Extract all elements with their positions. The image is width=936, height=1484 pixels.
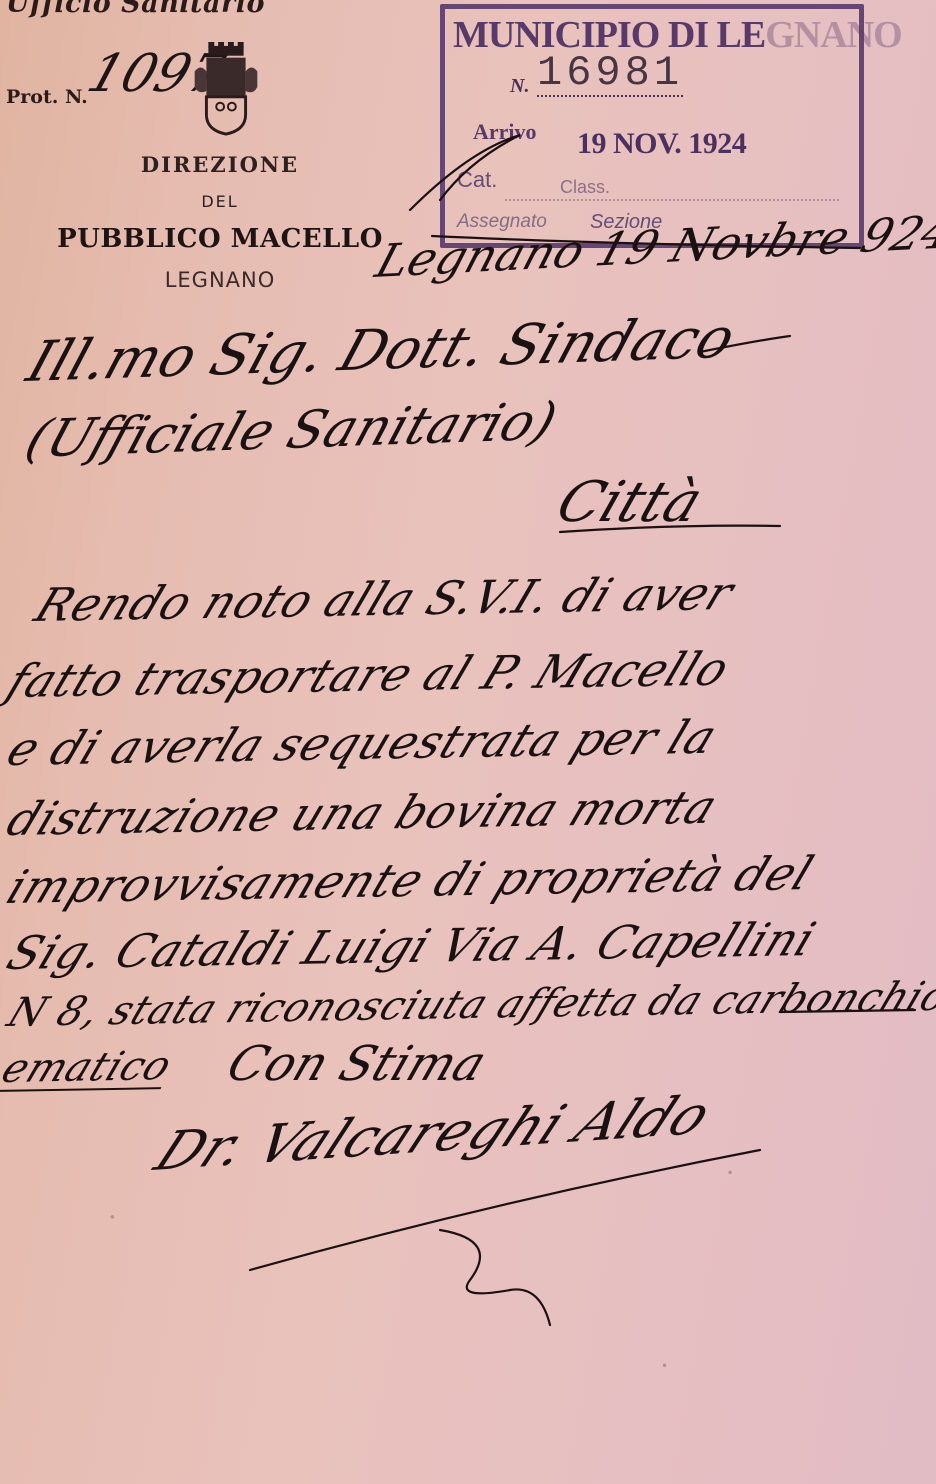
body-line-8: ematico <box>0 1043 178 1092</box>
letterhead-direzione: DIREZIONE <box>0 152 440 177</box>
body-line-1: Rendo noto alla S.V.I. di aver <box>28 566 742 632</box>
body-line-4: distruzione una bovina morta <box>0 780 725 846</box>
letterhead-pubblico-macello: PUBBLICO MACELLO <box>0 224 440 254</box>
recipient-city: Città <box>548 470 711 535</box>
recipient-line-2: (Ufficiale Sanitario) <box>18 392 564 470</box>
protocol-label: Prot. N. <box>6 86 88 108</box>
signature: Dr. Valcareghi Aldo <box>145 1083 721 1183</box>
stamp-arrival-date: 19 NOV. 1924 <box>577 127 746 161</box>
office-label: Ufficio Sanitario <box>6 0 265 19</box>
body-line-3: e di averla sequestrata per la <box>0 710 725 776</box>
stamp-dotted-line <box>505 199 839 201</box>
stamp-number-label: N. <box>510 75 529 98</box>
coat-of-arms-icon <box>186 42 266 136</box>
recipient-line-1: Ill.mo Sig. Dott. Sindaco <box>19 306 743 395</box>
body-line-5: improvvisamente di proprietà del <box>0 846 821 914</box>
stamp-arrival-label: Arrivo <box>473 119 537 145</box>
stamp-class-label: Class. <box>560 177 610 198</box>
stamp-number: 16981 <box>537 51 683 97</box>
letterhead-del: DEL <box>0 192 440 211</box>
stamp-category-label: Cat. <box>457 167 497 193</box>
body-line-7: N 8, stata riconosciuta affetta da carbo… <box>1 974 936 1036</box>
closing: Con Stima <box>220 1036 494 1092</box>
body-line-6: Sig. Cataldi Luigi Via A. Capellini <box>0 912 823 980</box>
municipal-arrival-stamp: MUNICIPIO DI LEGNANO N. 16981 Arrivo 19 … <box>440 4 864 248</box>
body-line-2: fatto trasportare al P. Macello <box>0 642 737 708</box>
